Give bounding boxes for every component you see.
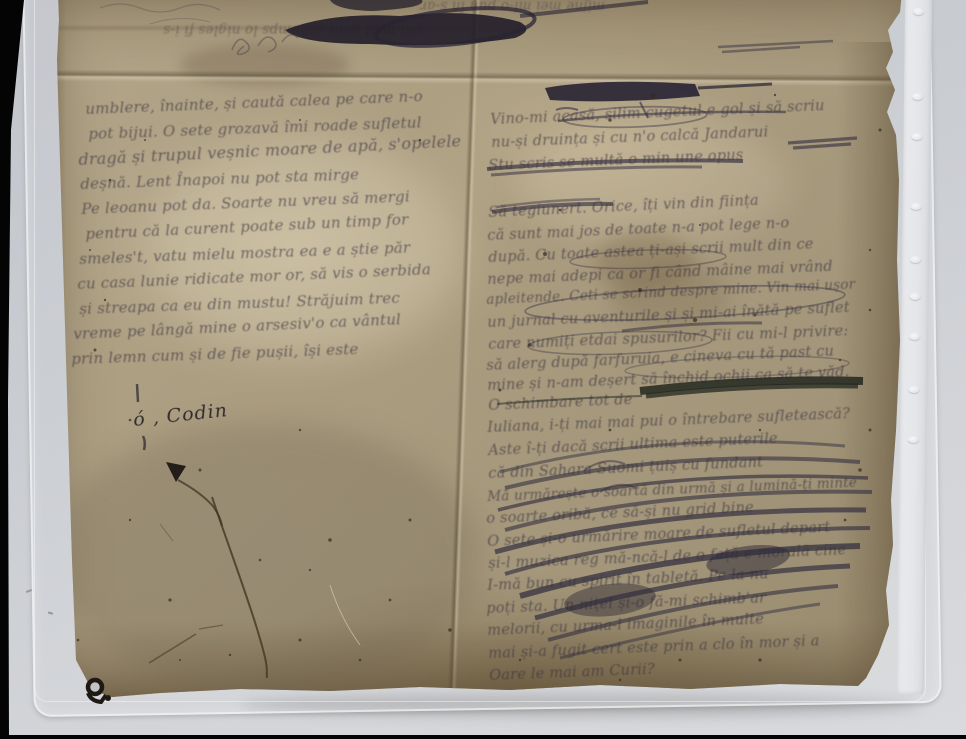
handwriting-line: prin lemn cum și de fie pușii, își este [71,340,359,368]
handwriting-line-inverted: mijne mei mi-o pun în s-ar [420,0,605,14]
photo-border-bottom [0,735,966,739]
handwriting-line: o soarte oribă, ce să-și nu grid bine [486,500,754,527]
handwriting-line: umblere, înainte, și caută calea pe care… [85,87,423,118]
manuscript-paper: și de p up mă scris mă o și un m-o pun î… [50,0,912,698]
handwriting-line: că din Sahara Suomi țuiș cu fundant [488,454,763,482]
handwriting-line: O schimbare tot de [488,392,633,414]
photo-border-left [0,0,26,739]
photo-of-manuscript: și de p up mă scris mă o și un m-o pun î… [0,0,966,739]
handwriting-line-inverted: oui mnil goos schomps lo nigles fi i-s [163,22,422,38]
